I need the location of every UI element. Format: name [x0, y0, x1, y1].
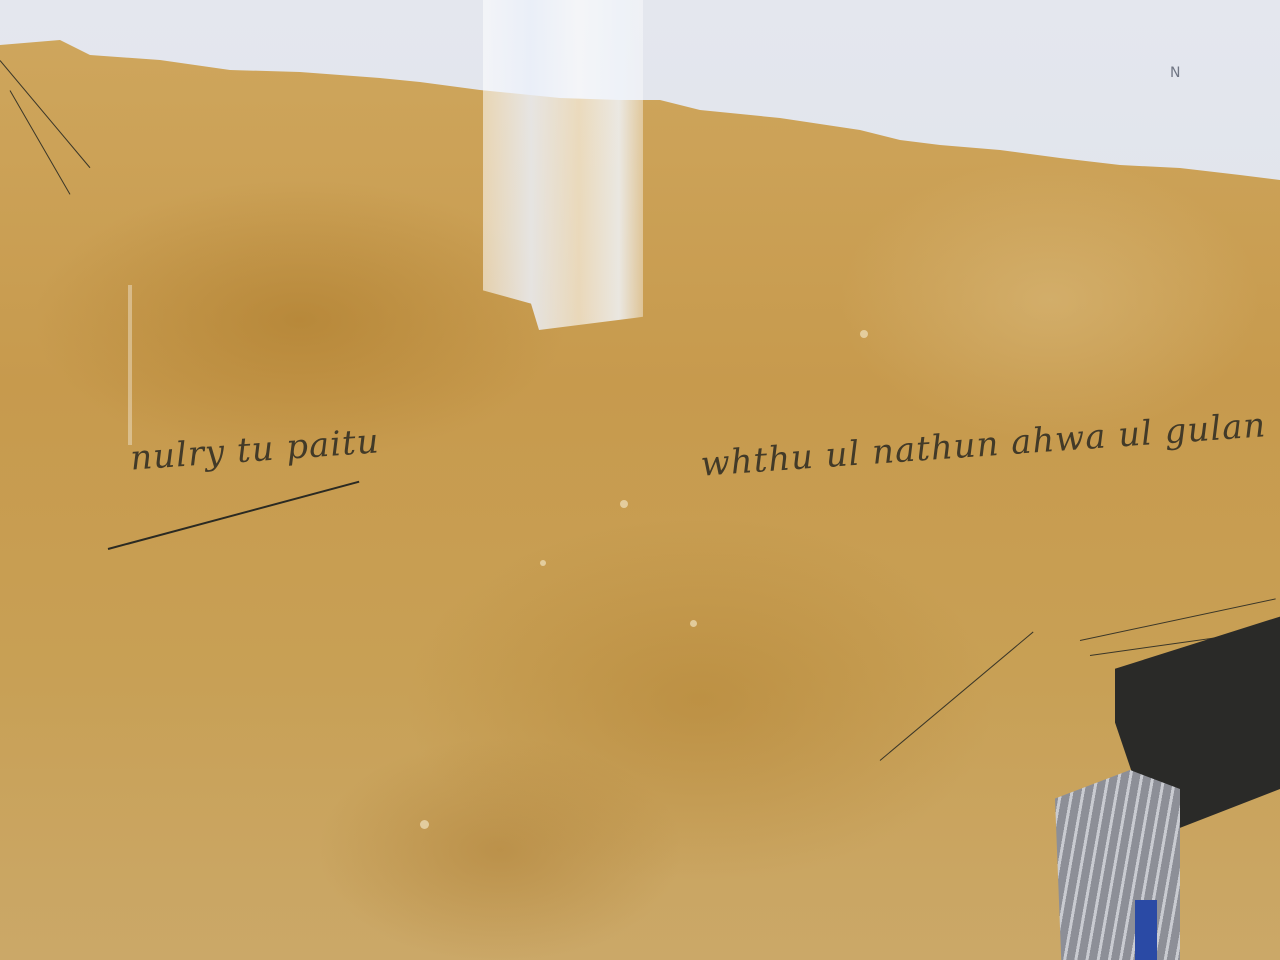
- blue-painted-bar: [1135, 900, 1157, 960]
- paint-speck: [860, 330, 868, 338]
- paint-speck: [690, 620, 697, 627]
- wall-pencil-mark: N: [1170, 65, 1180, 81]
- grey-striped-shape: [1055, 770, 1180, 960]
- glass-reflection-line: [128, 285, 132, 445]
- paint-speck: [620, 500, 628, 508]
- glass-reflection: [483, 0, 643, 330]
- paint-speck: [540, 560, 546, 566]
- paint-speck: [420, 820, 429, 829]
